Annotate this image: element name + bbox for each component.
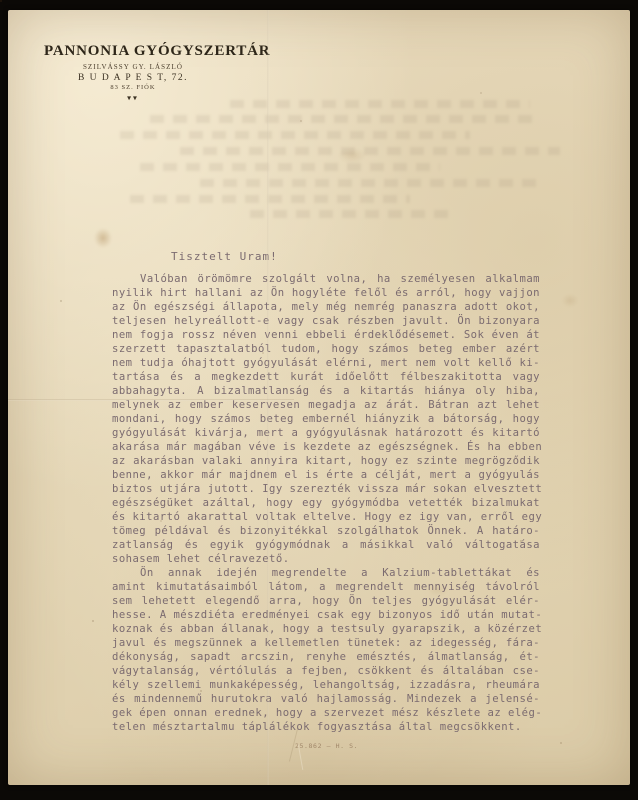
letter-line: és mindennemű hurutokra való hajlamosság… bbox=[112, 692, 540, 706]
city-line: B U D A P E S T, 72. bbox=[44, 73, 222, 83]
bleedthrough-line bbox=[230, 100, 530, 108]
letter-line: szerzett tapasztalatból tudom, hogy szám… bbox=[112, 342, 540, 356]
bleedthrough-line bbox=[200, 179, 540, 187]
branch-line: 83 SZ. FIÓK bbox=[44, 84, 222, 91]
letter-line: kély szellemi munkaképesség, lehangoltsá… bbox=[112, 678, 540, 692]
bleedthrough-line bbox=[150, 115, 540, 123]
letter-line: teljesen helyreállott-e vagy csak részbe… bbox=[112, 314, 540, 328]
letter-line: mondani, hogy számos beteg embernél hián… bbox=[112, 412, 540, 426]
letter-line: benne, akkor már majdnem el is érte a cé… bbox=[112, 468, 540, 482]
letter-line: koznak és abban állanak, hogy a testsuly… bbox=[112, 622, 540, 636]
letter-paper: PANNONIA GYÓGYSZERTÁR SZILVÁSSY GY. LÁSZ… bbox=[8, 10, 630, 785]
letter-line: vágytalanság, vértólulás a fejben, csökk… bbox=[112, 664, 540, 678]
letter-line: tömeg példával és bizonyitékkal szolgálh… bbox=[112, 524, 540, 538]
letter-line: akarása már magában véve is kezdete az e… bbox=[112, 440, 540, 454]
letter-line: sohasem lehet célravezető. bbox=[112, 552, 540, 566]
letter-line: gyógyulását kivárja, mert a gyógyulásnak… bbox=[112, 426, 540, 440]
letter-line: tartása és a megkezdett kurát időelőtt f… bbox=[112, 370, 540, 384]
letter-line: zatlanság és egyik gyógymódnak a másikka… bbox=[112, 538, 540, 552]
bleedthrough-line bbox=[120, 131, 470, 139]
letter-line: az Ön egészségi állapota, mely még nemré… bbox=[112, 300, 540, 314]
bleedthrough-line bbox=[180, 147, 560, 155]
paper-speckles bbox=[0, 0, 2, 2]
ornament-marks: ▼▼ bbox=[44, 94, 222, 102]
letter-line: dékonyság, sapadt arcszin, renyhe emészt… bbox=[112, 650, 540, 664]
bleedthrough-line bbox=[250, 210, 450, 218]
letter-line: melynek az ember keservesen megadja az á… bbox=[112, 398, 540, 412]
letter-line: gek épen onnan erednek, hogy a szervezet… bbox=[112, 706, 540, 720]
letter-line: egészségüket azáltal, hogy egy gyógymódb… bbox=[112, 496, 540, 510]
letter-line: nem fogja rossz néven venni ebbeli érdek… bbox=[112, 328, 540, 342]
bleedthrough-line bbox=[130, 195, 410, 203]
letter-line: nyilik hirt hallani az Ön hogyléte felől… bbox=[112, 286, 540, 300]
letter-line: abbahagyta. A bizalmatlanság és a kitart… bbox=[112, 384, 540, 398]
letter-line: Ön annak idején megrendelte a Kalzium-ta… bbox=[112, 566, 540, 580]
letter-line: amint kimutatásaimból látom, a megrendel… bbox=[112, 580, 540, 594]
letter-line: és kitartó akarattal voltak eltelve. Hog… bbox=[112, 510, 540, 524]
salutation: Tisztelt Uram! bbox=[171, 250, 278, 263]
bleedthrough-line bbox=[140, 163, 440, 171]
letter-line: hesse. A mészdiéta eredményei csak egy b… bbox=[112, 608, 540, 622]
owner-name: SZILVÁSSY GY. LÁSZLÓ bbox=[44, 63, 222, 71]
letter-body: Valóban örömömre szolgált volna, ha szem… bbox=[112, 272, 540, 734]
letter-line: biztos utjára jutott. Igy szerezték viss… bbox=[112, 482, 540, 496]
letter-line: nem tudja óhajtott gyógyulását elérni, m… bbox=[112, 356, 540, 370]
letter-line: telen mésztartalmu táplálékok fogyasztás… bbox=[112, 720, 540, 734]
photo-of-letter: { "letterhead": { "company": "PANNONIA G… bbox=[0, 0, 638, 800]
letter-line: az akarásban valaki annyira kitart, hogy… bbox=[112, 454, 540, 468]
letter-line: javul és megszünnek a kellemetlen tünete… bbox=[112, 636, 540, 650]
print-code: 25.862 — H. S. bbox=[295, 742, 358, 750]
letter-line: Valóban örömömre szolgált volna, ha szem… bbox=[112, 272, 540, 286]
pharmacy-name: PANNONIA GYÓGYSZERTÁR bbox=[44, 43, 222, 60]
letter-line: sem lehetett elegendő arra, hogy Ön telj… bbox=[112, 594, 540, 608]
letterhead: PANNONIA GYÓGYSZERTÁR SZILVÁSSY GY. LÁSZ… bbox=[44, 43, 222, 102]
